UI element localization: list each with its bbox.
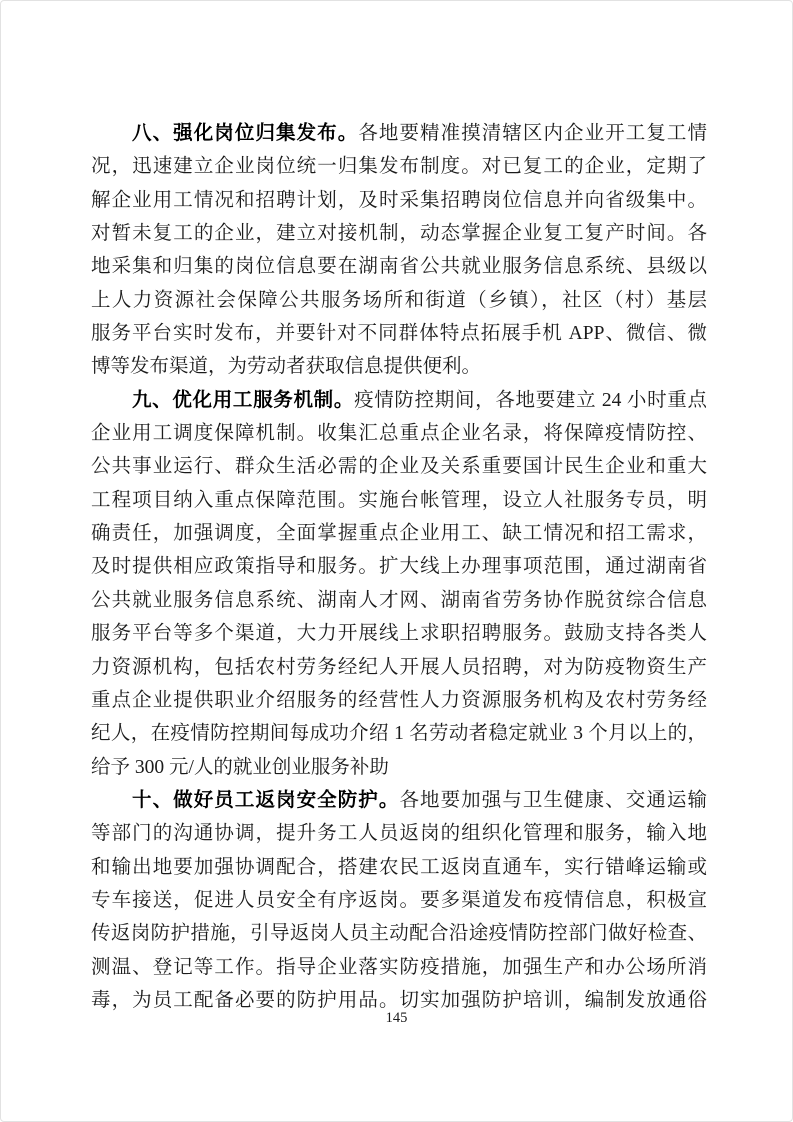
text-line: 工程项目纳入重点保障范围。实施台帐管理，设立人社服务专员，明 xyxy=(91,484,707,517)
line-text: 工程项目纳入重点保障范围。实施台帐管理，设立人社服务专员，明 xyxy=(91,490,707,511)
line-text: 企业用工调度保障机制。收集汇总重点企业名录，将保障疫情防控、 xyxy=(91,423,707,444)
document-body: 八、强化岗位归集发布。各地要精准摸清辖区内企业开工复工情况，迅速建立企业岗位统一… xyxy=(91,117,707,1017)
line-text: 纪人，在疫情防控期间每成功介绍 1 名劳动者稳定就业 3 个月以上的， xyxy=(91,723,707,744)
document-page: 八、强化岗位归集发布。各地要精准摸清辖区内企业开工复工情况，迅速建立企业岗位统一… xyxy=(0,0,793,1122)
text-line: 上人力资源社会保障公共服务场所和街道（乡镇），社区（村）基层 xyxy=(91,284,707,317)
line-text: 及时提供相应政策指导和服务。扩大线上办理事项范围，通过湖南省 xyxy=(91,556,707,577)
text-line: 服务平台实时发布，并要针对不同群体特点拓展手机 APP、微信、微 xyxy=(91,317,707,350)
text-line: 十、做好员工返岗安全防护。各地要加强与卫生健康、交通运输 xyxy=(91,784,707,817)
text-line: 对暂未复工的企业，建立对接机制，动态掌握企业复工复产时间。各 xyxy=(91,217,707,250)
line-text: 对暂未复工的企业，建立对接机制，动态掌握企业复工复产时间。各 xyxy=(91,223,707,244)
text-line: 及时提供相应政策指导和服务。扩大线上办理事项范围，通过湖南省 xyxy=(91,550,707,583)
line-text: 公共就业服务信息系统、湖南人才网、湖南省劳务协作脱贫综合信息 xyxy=(91,590,707,611)
line-text: 各地要加强与卫生健康、交通运输 xyxy=(399,790,707,811)
text-line: 和输出地要加强协调配合，搭建农民工返岗直通车，实行错峰运输或 xyxy=(91,851,707,884)
page-number: 145 xyxy=(1,1010,792,1027)
text-line: 八、强化岗位归集发布。各地要精准摸清辖区内企业开工复工情 xyxy=(91,117,707,150)
line-text: 给予 300 元/人的就业创业服务补助 xyxy=(91,757,389,778)
line-text: 服务平台实时发布，并要针对不同群体特点拓展手机 APP、微信、微 xyxy=(91,323,707,344)
line-text: 地采集和归集的岗位信息要在湖南省公共就业服务信息系统、县级以 xyxy=(91,256,707,277)
text-line: 传返岗防护措施，引导返岗人员主动配合沿途疫情防控部门做好检查、 xyxy=(91,917,707,950)
line-text: 测温、登记等工作。指导企业落实防疫措施，加强生产和办公场所消 xyxy=(91,957,707,978)
line-text: 专车接送，促进人员安全有序返岗。要多渠道发布疫情信息，积极宣 xyxy=(91,890,707,911)
text-line: 公共事业运行、群众生活必需的企业及关系重要国计民生企业和重大 xyxy=(91,450,707,483)
text-line: 解企业用工情况和招聘计划，及时采集招聘岗位信息并向省级集中。 xyxy=(91,184,707,217)
section-heading: 八、强化岗位归集发布。 xyxy=(132,122,358,144)
line-text: 服务平台等多个渠道，大力开展线上求职招聘服务。鼓励支持各类人 xyxy=(91,623,707,644)
line-text: 重点企业提供职业介绍服务的经营性人力资源服务机构及农村劳务经 xyxy=(91,690,707,711)
line-text: 况，迅速建立企业岗位统一归集发布制度。对已复工的企业，定期了 xyxy=(91,156,707,177)
line-text: 力资源机构，包括农村劳务经纪人开展人员招聘，对为防疫物资生产 xyxy=(91,657,707,678)
text-line: 给予 300 元/人的就业创业服务补助 xyxy=(91,751,707,784)
line-text: 毒，为员工配备必要的防护用品。切实加强防护培训，编制发放通俗 xyxy=(91,990,707,1011)
section-heading: 十、做好员工返岗安全防护。 xyxy=(132,789,399,811)
text-line: 博等发布渠道，为劳动者获取信息提供便利。 xyxy=(91,350,707,383)
line-text: 疫情防控期间，各地要建立 24 小时重点 xyxy=(354,390,707,411)
line-text: 传返岗防护措施，引导返岗人员主动配合沿途疫情防控部门做好检查、 xyxy=(91,923,707,944)
line-text: 上人力资源社会保障公共服务场所和街道（乡镇），社区（村）基层 xyxy=(91,290,707,311)
line-text: 博等发布渠道，为劳动者获取信息提供便利。 xyxy=(91,356,481,377)
text-line: 况，迅速建立企业岗位统一归集发布制度。对已复工的企业，定期了 xyxy=(91,150,707,183)
line-text: 各地要精准摸清辖区内企业开工复工情 xyxy=(358,123,707,144)
line-text: 和输出地要加强协调配合，搭建农民工返岗直通车，实行错峰运输或 xyxy=(91,857,707,878)
text-line: 地采集和归集的岗位信息要在湖南省公共就业服务信息系统、县级以 xyxy=(91,250,707,283)
line-text: 确责任，加强调度，全面掌握重点企业用工、缺工情况和招工需求， xyxy=(91,523,707,544)
text-line: 公共就业服务信息系统、湖南人才网、湖南省劳务协作脱贫综合信息 xyxy=(91,584,707,617)
text-line: 企业用工调度保障机制。收集汇总重点企业名录，将保障疫情防控、 xyxy=(91,417,707,450)
text-line: 九、优化用工服务机制。疫情防控期间，各地要建立 24 小时重点 xyxy=(91,384,707,417)
line-text: 公共事业运行、群众生活必需的企业及关系重要国计民生企业和重大 xyxy=(91,456,707,477)
text-line: 测温、登记等工作。指导企业落实防疫措施，加强生产和办公场所消 xyxy=(91,951,707,984)
text-line: 专车接送，促进人员安全有序返岗。要多渠道发布疫情信息，积极宣 xyxy=(91,884,707,917)
text-line: 服务平台等多个渠道，大力开展线上求职招聘服务。鼓励支持各类人 xyxy=(91,617,707,650)
line-text: 等部门的沟通协调，提升务工人员返岗的组织化管理和服务，输入地 xyxy=(91,823,707,844)
text-line: 重点企业提供职业介绍服务的经营性人力资源服务机构及农村劳务经 xyxy=(91,684,707,717)
line-text: 解企业用工情况和招聘计划，及时采集招聘岗位信息并向省级集中。 xyxy=(91,190,707,211)
text-line: 等部门的沟通协调，提升务工人员返岗的组织化管理和服务，输入地 xyxy=(91,817,707,850)
text-line: 力资源机构，包括农村劳务经纪人开展人员招聘，对为防疫物资生产 xyxy=(91,651,707,684)
section-heading: 九、优化用工服务机制。 xyxy=(132,389,354,411)
text-line: 确责任，加强调度，全面掌握重点企业用工、缺工情况和招工需求， xyxy=(91,517,707,550)
text-line: 纪人，在疫情防控期间每成功介绍 1 名劳动者稳定就业 3 个月以上的， xyxy=(91,717,707,750)
